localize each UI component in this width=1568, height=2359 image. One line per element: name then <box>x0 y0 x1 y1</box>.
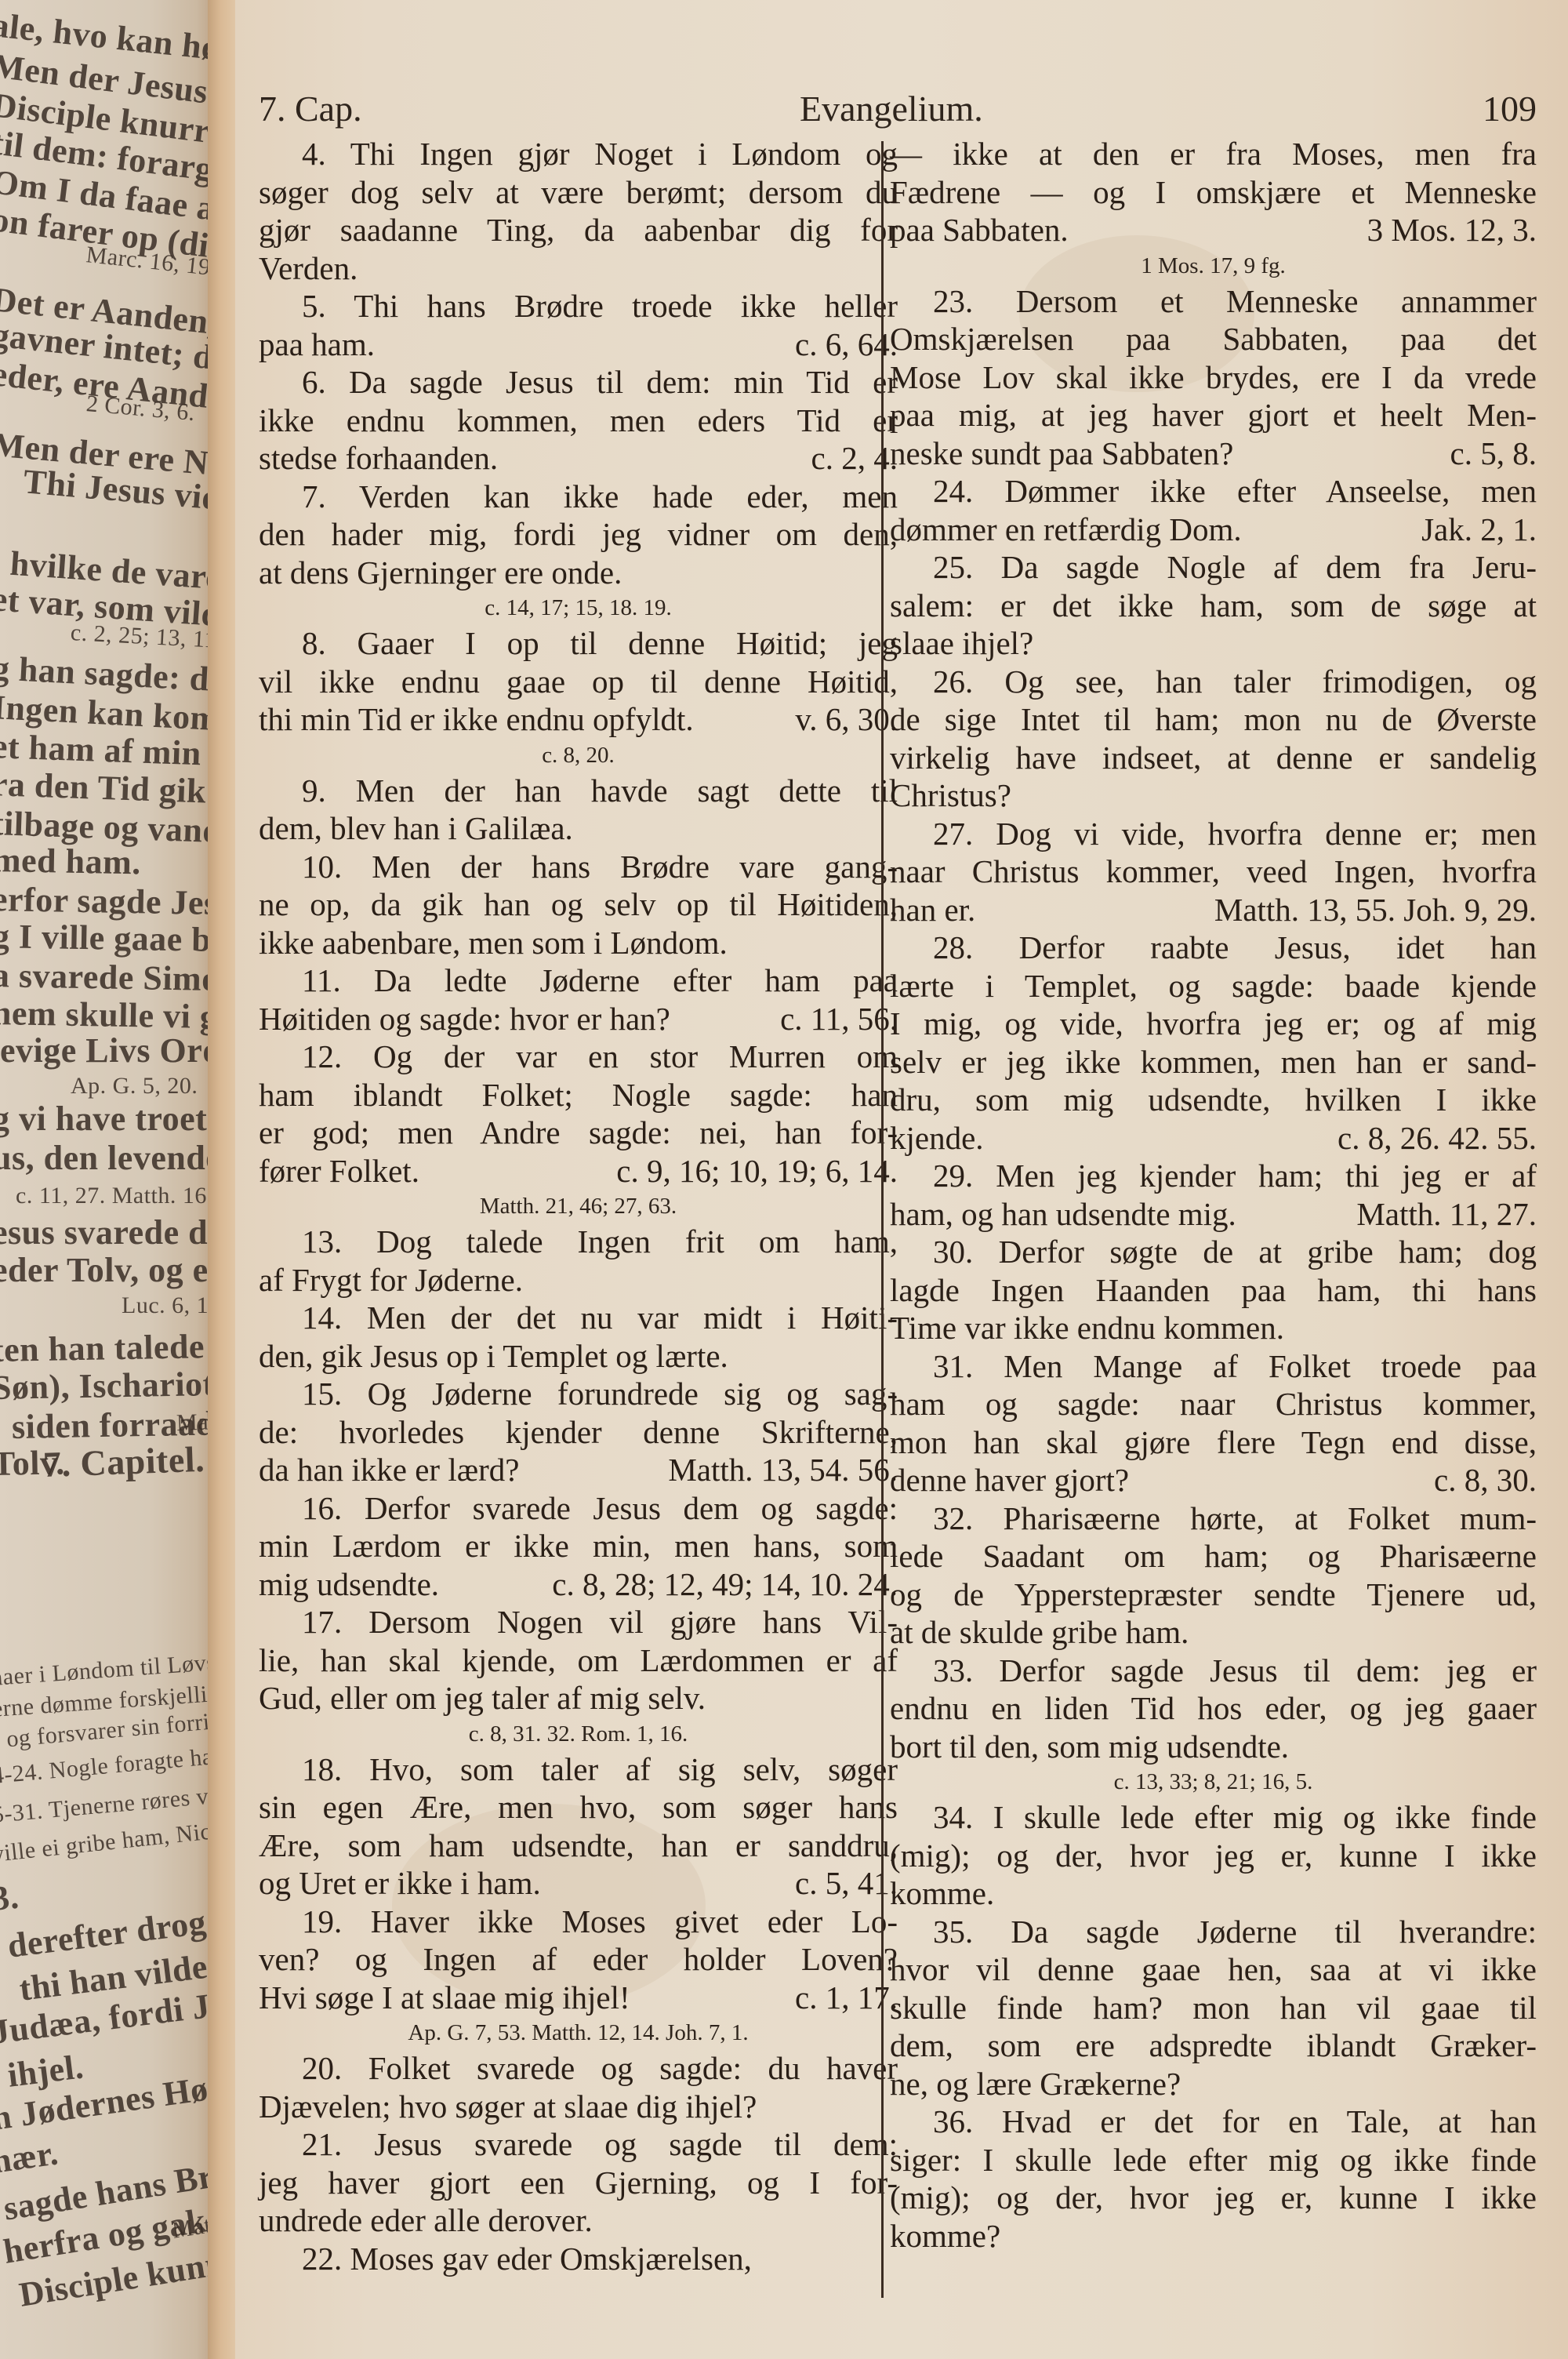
verse-line-with-reference: stedse forhaanden.c. 2, 4. <box>259 439 898 478</box>
verse: 13. Dog talede Ingen frit om ham,af Fryg… <box>259 1223 898 1299</box>
verse-line-with-reference: Høitiden og sagde: hvor er han?c. 11, 56… <box>259 1000 898 1038</box>
facing-page-line: ihjel. <box>5 2049 85 2093</box>
verse-line: af Frygt for Jøderne. <box>259 1261 898 1299</box>
verse-line: Fædrene — og I omskjære et Menneske <box>890 173 1537 212</box>
verse-line: Christus? <box>890 776 1537 815</box>
verse-line: 33. Derfor sagde Jesus til dem: jeg er <box>890 1652 1537 1690</box>
verse: 19. Haver ikke Moses givet eder Lo-ven? … <box>259 1903 898 2017</box>
verse: 4. Thi Ingen gjør Noget i Løndom ogsøger… <box>259 135 898 287</box>
verse-line: mig udsendte. <box>259 1565 439 1604</box>
verse-line: 26. Og see, han taler frimodigen, og <box>890 663 1537 701</box>
verse-line: stedse forhaanden. <box>259 439 498 478</box>
verse-line: lærte i Templet, og sagde: baade kjende <box>890 967 1537 1005</box>
facing-page-line: g I ville gaae bort? <box>0 919 213 958</box>
facing-page-line: 7. Capitel. <box>42 1441 205 1483</box>
facing-page-line: evige Livs Ord. <box>0 1034 213 1068</box>
verse-line: kjende. <box>890 1119 984 1158</box>
verse: 17. Dersom Nogen vil gjøre hans Vil-lie,… <box>259 1603 898 1717</box>
verse-line: Hvi søge I at slaae mig ihjel! <box>259 1979 630 2017</box>
verse: 18. Hvo, som taler af sig selv, søgersin… <box>259 1750 898 1903</box>
verse-line-with-reference: paa Sabbaten.3 Mos. 12, 3. <box>890 211 1537 249</box>
facing-page-line: us, den levende Guds Søn <box>0 1141 213 1176</box>
verse-line: 36. Hvad er det for en Tale, at han <box>890 2103 1537 2141</box>
verse-line: 8. Gaaer I op til denne Høitid; jeg <box>259 624 898 663</box>
verse-line: jeg haver gjort een Gjerning, og I for- <box>259 2164 898 2202</box>
cross-reference: 1 Mos. 17, 9 fg. <box>890 251 1537 281</box>
facing-page-line: 5-31. Tjenerne røres ved ham <box>0 1779 213 1827</box>
verse-line: ne, og lære Grækerne? <box>890 2065 1537 2103</box>
inline-reference: c. 9, 16; 10, 19; 6, 14. <box>616 1152 898 1190</box>
facing-page-line: ten han talede om Judas <box>0 1327 213 1368</box>
verse-line: gjør saadanne Ting, da aabenbar dig for <box>259 211 898 249</box>
inline-reference: Matth. 13, 55. Joh. 9, 29. <box>1214 891 1537 929</box>
verse-line: bort til den, som mig udsendte. <box>890 1728 1537 1766</box>
verse-line: Verden. <box>259 249 898 288</box>
verse-line-with-reference: fører Folket.c. 9, 16; 10, 19; 6, 14. <box>259 1152 898 1190</box>
verse-line: ne op, da gik han og selv op til Høitide… <box>259 885 898 924</box>
inline-reference: c. 8, 26. 42. 55. <box>1338 1119 1537 1158</box>
verse-line: Omskjærelsen paa Sabbaten, paa det <box>890 320 1537 358</box>
verse-line: 22. Moses gav eder Omskjærelsen, <box>259 2240 898 2278</box>
facing-page-line: med ham. <box>0 843 141 880</box>
verse: 6. Da sagde Jesus til dem: min Tid erikk… <box>259 363 898 478</box>
verse-line: Time var ikke endnu kommen. <box>890 1309 1537 1347</box>
inline-reference: c. 8, 30. <box>1434 1461 1537 1499</box>
facing-page-line: Luc. 6, 13. Joh. <box>122 1294 213 1318</box>
verse-line: 28. Derfor raabte Jesus, idet han <box>890 929 1537 967</box>
verse-line: naar Christus kommer, veed Ingen, hvorfr… <box>890 852 1537 891</box>
verse-line: salem: er det ikke ham, som de søge at <box>890 587 1537 625</box>
left-column: 4. Thi Ingen gjør Noget i Løndom ogsøger… <box>259 135 898 2277</box>
inline-reference: Jak. 2, 1. <box>1421 511 1537 549</box>
inline-reference: Matth. 13, 54. 56. <box>668 1451 898 1489</box>
verse: 14. Men der det nu var midt i Høiti-den,… <box>259 1299 898 1375</box>
verse-line: I mig, og vide, hvorfra jeg er; og af mi… <box>890 1005 1537 1043</box>
verse: 10. Men der hans Brødre vare gang-ne op,… <box>259 848 898 962</box>
verse-line-with-reference: Hvi søge I at slaae mig ihjel!c. 1, 17. <box>259 1979 898 2017</box>
verse-line: 21. Jesus svarede og sagde til dem: <box>259 2125 898 2164</box>
verse-line: dem, som ere adspredte iblandt Græker- <box>890 2026 1537 2065</box>
verse-line: Ære, som ham udsendte, han er sanddru, <box>259 1826 898 1865</box>
verse-line: paa Sabbaten. <box>890 211 1069 249</box>
verse-line-with-reference: mig udsendte.c. 8, 28; 12, 49; 14, 10. 2… <box>259 1565 898 1604</box>
verse-line: ham iblandt Folket; Nogle sagde: han <box>259 1076 898 1114</box>
running-head: 7. Cap. Evangelium. 109 <box>259 88 1537 135</box>
cross-reference: c. 8, 31. 32. Rom. 1, 16. <box>259 1719 898 1749</box>
verse-line: ven? og Ingen af eder holder Loven? <box>259 1940 898 1979</box>
verse-line: paa mig, at jeg haver gjort et heelt Men… <box>890 396 1537 434</box>
verse-line: undrede eder alle derover. <box>259 2201 898 2240</box>
verse: 34. I skulle lede efter mig og ikke find… <box>890 1798 1537 1913</box>
facing-page-line: esus svarede dem: haver jeg <box>0 1216 213 1250</box>
verse-line: 6. Da sagde Jesus til dem: min Tid er <box>259 363 898 402</box>
verse-line: 14. Men der det nu var midt i Høiti- <box>259 1299 898 1337</box>
verse: 31. Men Mange af Folket troede paaham og… <box>890 1347 1537 1499</box>
verse: 9. Men der han havde sagt dette tildem, … <box>259 772 898 848</box>
inline-reference: c. 8, 28; 12, 49; 14, 10. 24. <box>552 1565 898 1604</box>
verse-line-with-reference: ham, og han udsendte mig.Matth. 11, 27. <box>890 1195 1537 1234</box>
cross-reference: c. 14, 17; 15, 18. 19. <box>259 593 898 623</box>
verse: 20. Folket svarede og sagde: du haverDjæ… <box>259 2049 898 2125</box>
inline-reference: Matth. 11, 27. <box>1356 1195 1537 1234</box>
verse-line: komme? <box>890 2217 1537 2255</box>
column-rule <box>881 141 884 2298</box>
facing-page-line: a svarede Simon Peder <box>0 958 213 999</box>
verse-line: thi min Tid er ikke endnu opfyldt. <box>259 700 694 739</box>
verse-line: Mose Lov skal ikke brydes, ere I da vred… <box>890 358 1537 397</box>
verse-line: virkelig have indseet, at denne er sande… <box>890 739 1537 777</box>
verse: 15. Og Jøderne forundrede sig og sag-de:… <box>259 1375 898 1489</box>
verse-line: 16. Derfor svarede Jesus dem og sagde: <box>259 1489 898 1528</box>
verse: 30. Derfor søgte de at gribe ham; doglag… <box>890 1233 1537 1347</box>
verse-line: søger dog selv at være berømt; dersom du <box>259 173 898 212</box>
verse: 27. Dog vi vide, hvorfra denne er; menna… <box>890 815 1537 929</box>
verse-line: 17. Dersom Nogen vil gjøre hans Vil- <box>259 1603 898 1641</box>
verse-line: neske sundt paa Sabbaten? <box>890 434 1233 473</box>
verse: 12. Og der var en stor Murren omham ibla… <box>259 1038 898 1190</box>
cross-reference: Matth. 21, 46; 27, 63. <box>259 1191 898 1221</box>
verse-line: er god; men Andre sagde: nei, han for- <box>259 1114 898 1152</box>
verse-line-with-reference: kjende.c. 8, 26. 42. 55. <box>890 1119 1537 1158</box>
verse-line: og Uret er ikke i ham. <box>259 1864 541 1903</box>
verse: 32. Pharisæerne hørte, at Folket mum-led… <box>890 1499 1537 1652</box>
verse-line: 30. Derfor søgte de at gribe ham; dog <box>890 1233 1537 1271</box>
verse-line: dem, blev han i Galilæa. <box>259 809 898 848</box>
verse-line: 34. I skulle lede efter mig og ikke find… <box>890 1798 1537 1837</box>
page-number: 109 <box>1483 88 1537 129</box>
verse-continuation: — ikke at den er fra Moses, men fraFædre… <box>890 135 1537 249</box>
verse-line-with-reference: thi min Tid er ikke endnu opfyldt.v. 6, … <box>259 700 898 739</box>
chapter-label: 7. Cap. <box>259 88 362 129</box>
verse-line: mon han skal gjøre flere Tegn end disse, <box>890 1423 1537 1462</box>
facing-page-line: 3. <box>0 1880 20 1917</box>
verse-line: slaae ihjel? <box>890 624 1537 663</box>
verse-line: dømmer en retfærdig Dom. <box>890 511 1242 549</box>
verse-line: 20. Folket svarede og sagde: du haver <box>259 2049 898 2088</box>
verse: 22. Moses gav eder Omskjærelsen, <box>259 2240 898 2278</box>
verse-line: min Lærdom er ikke min, men hans, som <box>259 1527 898 1565</box>
verse-line: fører Folket. <box>259 1152 419 1190</box>
right-column: — ikke at den er fra Moses, men fraFædre… <box>890 135 1537 2255</box>
verse-line-with-reference: neske sundt paa Sabbaten?c. 5, 8. <box>890 434 1537 473</box>
verse-line: 29. Men jeg kjender ham; thi jeg er af <box>890 1157 1537 1195</box>
verse-line: endnu en liden Tid hos eder, og jeg gaae… <box>890 1689 1537 1728</box>
verse: 36. Hvad er det for en Tale, at hansiger… <box>890 2103 1537 2255</box>
verse-line: 35. Da sagde Jøderne til hverandre: <box>890 1913 1537 1951</box>
facing-page-line: Ap. G. 5, 20. <box>71 1074 198 1098</box>
verse-line: de: hvorledes kjender denne Skrifterne, <box>259 1413 898 1452</box>
verse-line: — ikke at den er fra Moses, men fra <box>890 135 1537 173</box>
verse-line: selv er jeg ikke kommen, men han er sand… <box>890 1043 1537 1081</box>
verse: 35. Da sagde Jøderne til hverandre:hvor … <box>890 1913 1537 2103</box>
verse-line: lagde Ingen Haanden paa ham, thi hans <box>890 1271 1537 1310</box>
verse-line: dru, som mig udsendte, hvilken I ikke <box>890 1081 1537 1119</box>
verse-line: 31. Men Mange af Folket troede paa <box>890 1347 1537 1386</box>
verse: 11. Da ledte Jøderne efter ham paaHøitid… <box>259 961 898 1038</box>
book-title: Evangelium. <box>800 88 983 129</box>
verse-line: han er. <box>890 891 975 929</box>
facing-page-line: Søn), Ischarioth; thi han <box>0 1365 213 1405</box>
facing-page-line: c. 11, 27. Matth. 16, 16. <box>16 1184 213 1208</box>
verse-line: komme. <box>890 1874 1537 1913</box>
verse-line-with-reference: han er.Matth. 13, 55. Joh. 9, 29. <box>890 891 1537 929</box>
verse-line: at dens Gjerninger ere onde. <box>259 554 898 592</box>
verse-line-with-reference: dømmer en retfærdig Dom.Jak. 2, 1. <box>890 511 1537 549</box>
verse-line: lie, han skal kjende, om Lærdommen er af <box>259 1641 898 1680</box>
verse: 28. Derfor raabte Jesus, idet hanlærte i… <box>890 929 1537 1157</box>
verse-line: 15. Og Jøderne forundrede sig og sag- <box>259 1375 898 1413</box>
verse-line: skulle finde ham? mon han vil gaae til <box>890 1989 1537 2027</box>
cross-reference: Ap. G. 7, 53. Matth. 12, 14. Joh. 7, 1. <box>259 2018 898 2048</box>
verse-line: 11. Da ledte Jøderne efter ham paa <box>259 961 898 1000</box>
verse-line-with-reference: og Uret er ikke i ham.c. 5, 41. <box>259 1864 898 1903</box>
verse-line: Gud, eller om jeg taler af mig selv. <box>259 1679 898 1717</box>
verse: 24. Dømmer ikke efter Anseelse, mendømme… <box>890 472 1537 548</box>
verse-line: den hader mig, fordi jeg vidner om den, <box>259 515 898 554</box>
verse-line: 5. Thi hans Brødre troede ikke heller <box>259 287 898 325</box>
verse-line: da han ikke er lærd? <box>259 1451 519 1489</box>
verse-line: Djævelen; hvo søger at slaae dig ihjel? <box>259 2088 898 2126</box>
verse: 16. Derfor svarede Jesus dem og sagde:mi… <box>259 1489 898 1604</box>
verse-line: og de Ypperstepræster sendte Tjenere ud, <box>890 1576 1537 1614</box>
verse-line: 12. Og der var en stor Murren om <box>259 1038 898 1076</box>
verse-line-with-reference: denne haver gjort?c. 8, 30. <box>890 1461 1537 1499</box>
verse-line: 9. Men der han havde sagt dette til <box>259 772 898 810</box>
verse-line: Høitiden og sagde: hvor er han? <box>259 1000 670 1038</box>
verse-line: vil ikke endnu gaae op til denne Høitid, <box>259 663 898 701</box>
verse-line: paa ham. <box>259 325 375 364</box>
verse-line: (mig); og der, hvor jeg er, kunne I ikke <box>890 1837 1537 1875</box>
facing-page-line: c. 2, 25; 13, 11. <box>70 621 213 652</box>
verse: 7. Verden kan ikke hade eder, menden had… <box>259 478 898 592</box>
verse: 8. Gaaer I op til denne Høitid; jegvil i… <box>259 624 898 739</box>
verse-line: hvor vil denne gaae hen, saa at vi ikke <box>890 1950 1537 1989</box>
inline-reference: c. 11, 56. <box>780 1000 898 1038</box>
inline-reference: c. 5, 8. <box>1450 434 1537 473</box>
verse-line: 4. Thi Ingen gjør Noget i Løndom og <box>259 135 898 173</box>
verse-line: ikke endnu kommen, men eders Tid er <box>259 402 898 440</box>
verse-line: 25. Da sagde Nogle af dem fra Jeru- <box>890 548 1537 587</box>
cross-reference: c. 13, 33; 8, 21; 16, 5. <box>890 1767 1537 1797</box>
book-page: 7. Cap. Evangelium. 109 4. Thi Ingen gjø… <box>235 0 1568 2359</box>
verse: 5. Thi hans Brødre troede ikke hellerpaa… <box>259 287 898 363</box>
facing-page-line: nær. <box>0 2135 60 2179</box>
verse-line: (mig); og der, hvor jeg er, kunne I ikke <box>890 2179 1537 2217</box>
facing-page-fragment: ale, hvo kan høre ham?Men der Jesus vids… <box>0 0 213 2359</box>
verse: 29. Men jeg kjender ham; thi jeg er afha… <box>890 1157 1537 1233</box>
verse: 33. Derfor sagde Jesus til dem: jeg eren… <box>890 1652 1537 1766</box>
inline-reference: 3 Mos. 12, 3. <box>1367 211 1537 249</box>
cross-reference: c. 8, 20. <box>259 740 898 770</box>
verse-line: ham og sagde: naar Christus kommer, <box>890 1385 1537 1423</box>
verse-line: 24. Dømmer ikke efter Anseelse, men <box>890 472 1537 511</box>
verse: 23. Dersom et Menneske annammerOmskjærel… <box>890 282 1537 473</box>
verse-line: 7. Verden kan ikke hade eder, men <box>259 478 898 516</box>
verse: 26. Og see, han taler frimodigen, ogde s… <box>890 663 1537 815</box>
verse-line: 23. Dersom et Menneske annammer <box>890 282 1537 321</box>
verse-line: ham, og han udsendte mig. <box>890 1195 1236 1234</box>
verse-line: 19. Haver ikke Moses givet eder Lo- <box>259 1903 898 1941</box>
verse-line: ikke aabenbare, men som i Løndom. <box>259 924 898 962</box>
verse-line: 27. Dog vi vide, hvorfra denne er; men <box>890 815 1537 853</box>
verse-line: 10. Men der hans Brødre vare gang- <box>259 848 898 886</box>
verse-line: lede Saadant om ham; og Pharisæerne <box>890 1537 1537 1576</box>
verse-line: 32. Pharisæerne hørte, at Folket mum- <box>890 1499 1537 1538</box>
verse: 21. Jesus svarede og sagde til dem:jeg h… <box>259 2125 898 2240</box>
facing-page-line: g vi have troet og erkjendt <box>0 1102 213 1136</box>
verse-line: siger: I skulle lede efter mig og ikke f… <box>890 2141 1537 2179</box>
verse-line: denne haver gjort? <box>890 1461 1129 1499</box>
facing-page-line: eder Tolv, og een af eder <box>0 1253 213 1288</box>
verse-line-with-reference: paa ham.c. 6, 64. <box>259 325 898 364</box>
verse-line: den, gik Jesus op i Templet og lærte. <box>259 1337 898 1376</box>
verse-line-with-reference: da han ikke er lærd?Matth. 13, 54. 56. <box>259 1451 898 1489</box>
verse-line: de sige Intet til ham; mon nu de Øverste <box>890 700 1537 739</box>
verse-line: 13. Dog talede Ingen frit om ham, <box>259 1223 898 1261</box>
verse-line: 18. Hvo, som taler af sig selv, søger <box>259 1750 898 1789</box>
verse: 25. Da sagde Nogle af dem fra Jeru-salem… <box>890 548 1537 663</box>
facing-page-line: hem skulle vi gaae hen <box>0 996 213 1037</box>
verse-line: sin egen Ære, men hvo, som søger hans <box>259 1788 898 1826</box>
inline-reference: c. 2, 4. <box>811 439 898 478</box>
verse-line: at de skulde gribe ham. <box>890 1613 1537 1652</box>
